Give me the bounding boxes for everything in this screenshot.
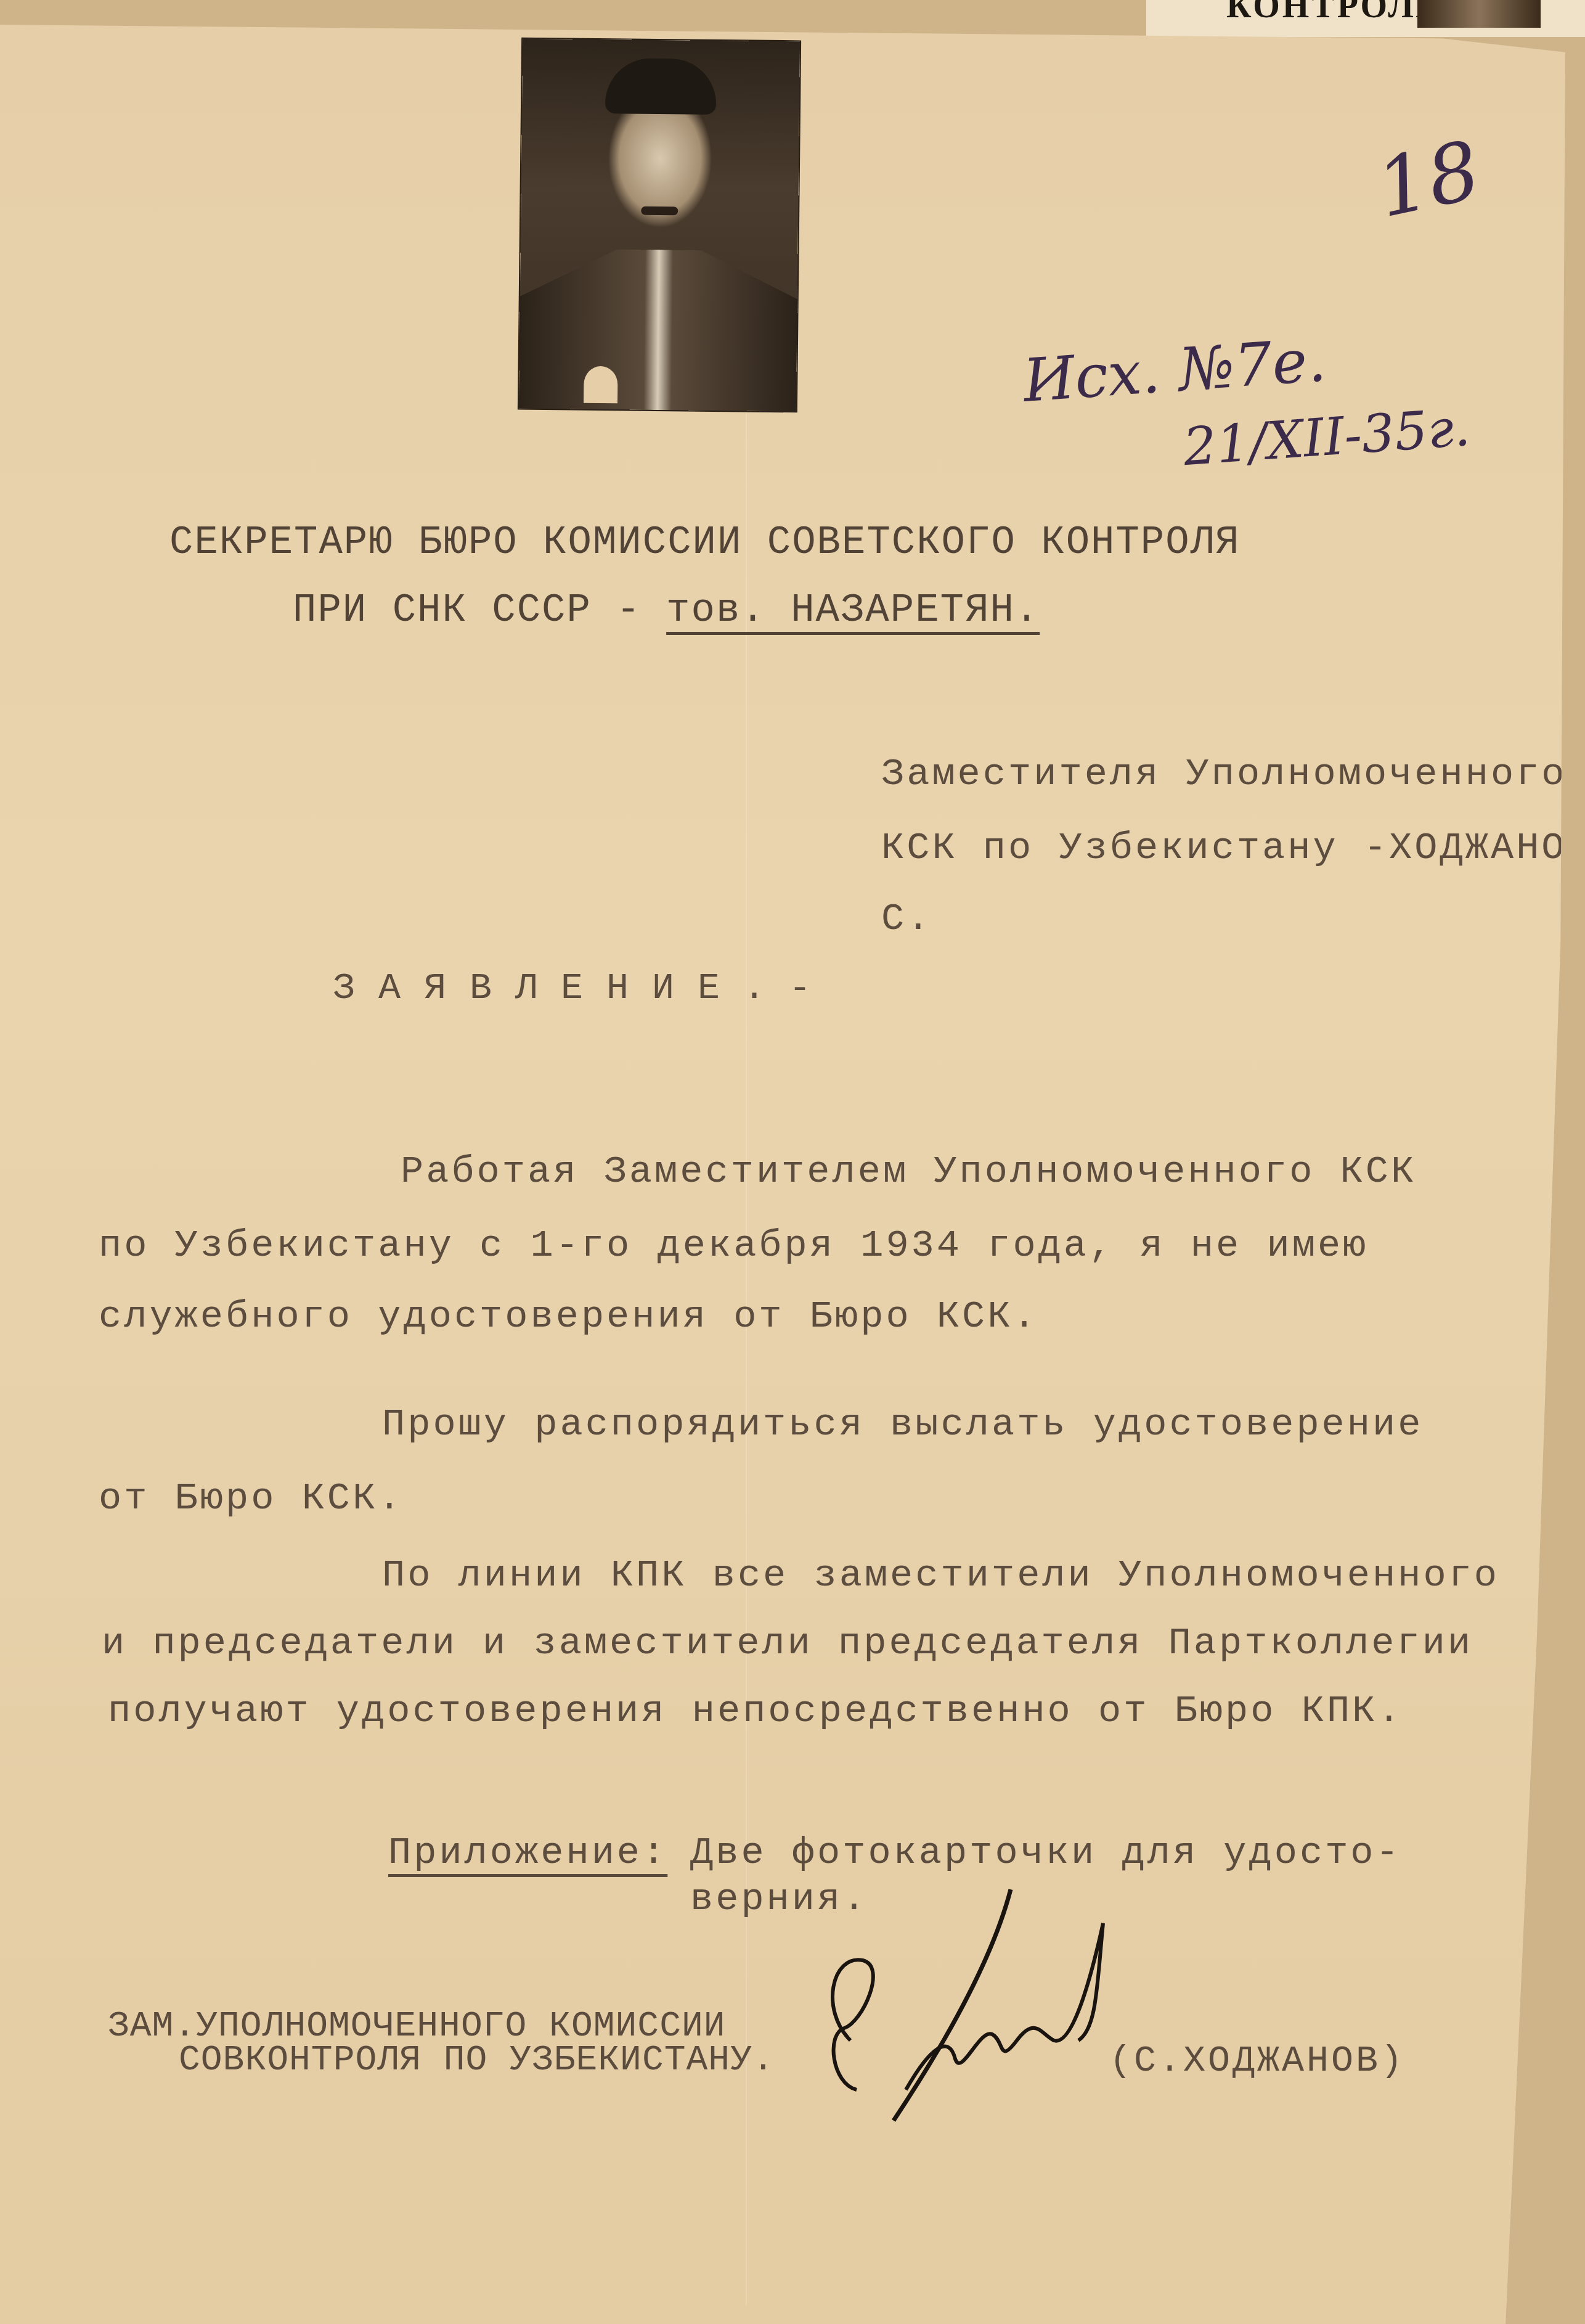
underlying-sheet-text: КОНТРОЛЯ: [1226, 0, 1444, 26]
photo-hair: [605, 58, 717, 115]
folio-number: 18: [1369, 123, 1488, 235]
photo-moustache: [641, 207, 678, 216]
outgoing-number: Исх. №7е.: [1021, 325, 1329, 415]
body-line: по Узбекистану с 1-го декабря 1934 года,…: [99, 1224, 1368, 1267]
body-line: служебного удостоверения от Бюро КСК.: [99, 1295, 1038, 1338]
body-line: По линии КПК все заместители Уполномочен…: [382, 1553, 1499, 1597]
body-line: Работая Заместителем Уполномоченного КСК: [401, 1150, 1416, 1193]
sender-line-1: Заместителя Уполномоченного: [881, 752, 1567, 796]
attachment-line: Две фотокарточки для удосто-: [690, 1831, 1401, 1875]
outgoing-date: 21/XII-35г.: [1181, 397, 1472, 477]
handwritten-signature: [807, 1886, 1239, 2133]
photo-punch-hole: [584, 366, 618, 404]
underlying-sheet: КОНТРОЛЯ: [1146, 0, 1585, 37]
attachment-label: Приложение:: [388, 1831, 667, 1875]
addressee-org: ПРИ СНК СССР -: [293, 589, 666, 633]
paper-fold-line: [746, 86, 747, 2306]
body-line: получают удостоверения непосредственно о…: [108, 1689, 1403, 1733]
body-line: от Бюро КСК.: [99, 1476, 403, 1520]
body-line: Прошу распорядиться выслать удостоверени…: [382, 1402, 1423, 1446]
photo-jacket: [519, 248, 798, 412]
document-title: ЗАЯВЛЕНИЕ.-: [333, 968, 834, 1010]
underlying-photo: [1417, 0, 1541, 28]
addressee-line-2: ПРИ СНК СССР - тов. НАЗАРЕТЯН.: [293, 589, 1040, 633]
addressee-line-1: СЕКРЕТАРЮ БЮРО КОМИССИИ СОВЕТСКОГО КОНТР…: [169, 521, 1240, 565]
document-page: 18 Исх. №7е. 21/XII-35г. СЕКРЕТАРЮ БЮРО …: [0, 25, 1568, 2324]
sender-line-3: С.: [881, 897, 932, 941]
signatory-title-line-2: СОВКОНТРОЛЯ ПО УЗБЕКИСТАНУ.: [179, 2040, 775, 2081]
body-line: и председатели и заместители председател…: [102, 1621, 1473, 1665]
addressee-name: тов. НАЗАРЕТЯН.: [666, 589, 1040, 633]
portrait-photo: [519, 39, 800, 412]
sender-line-2: КСК по Узбекистану -ХОДЖАНОВА.: [881, 826, 1585, 870]
